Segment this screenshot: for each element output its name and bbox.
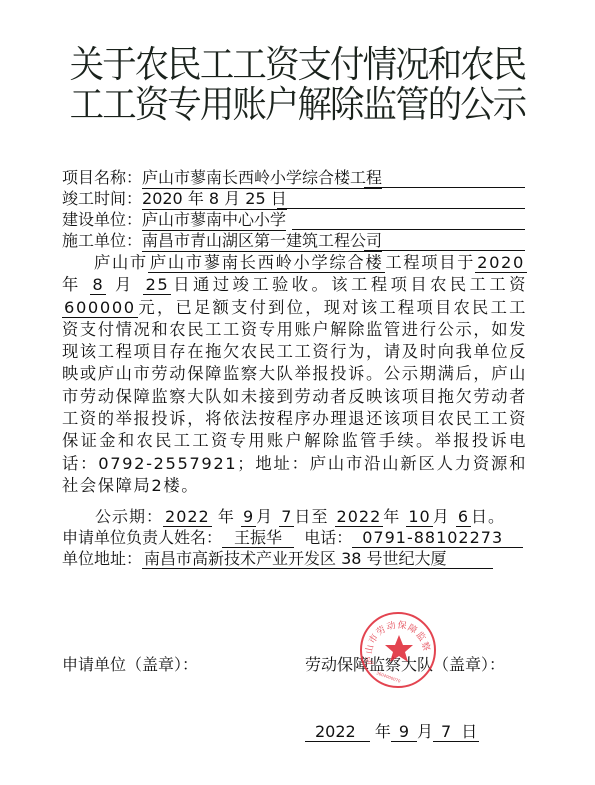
applicant-address: 单位地址：南昌市高新技术产业开发区 38 号世纪大厦 (62, 549, 493, 569)
underline-rule (277, 208, 525, 209)
body-text: 年 (62, 275, 82, 294)
publicity-period: 公示期：2022 年 9月 7日至 2022年 10月 6日。 (95, 507, 505, 527)
body-text: 年 (218, 507, 235, 526)
date-month: 9 (391, 722, 417, 742)
body-text: 庐山市 (94, 253, 148, 272)
person-label: 申请单位负责人姓名： (62, 528, 222, 547)
phone-label: 电话： (304, 528, 352, 547)
period-start-year: 2022 (163, 507, 212, 527)
body-text: 至 (311, 507, 328, 526)
body-text: 工程项目于 (385, 253, 475, 272)
field-value: 南昌市青山湖区第一建筑工程公司 (142, 231, 382, 252)
svg-text:3604000070: 3604000070 (376, 670, 402, 684)
body-text: 月 (433, 507, 450, 526)
field-label: 竣工时间： (62, 189, 142, 209)
body-text: 日 (459, 722, 479, 742)
signature-date: 2022 年9月7日 (305, 722, 479, 742)
body-text: 月 (256, 507, 273, 526)
underline-rule (292, 229, 525, 230)
address-value: 南昌市高新技术产业开发区 38 号世纪大厦 (142, 549, 493, 569)
period-start-month: 9 (241, 507, 256, 527)
completion-month: 8 (90, 275, 106, 295)
project-name-underlined: 庐山市蓼南长西岭小学综合楼 (148, 253, 385, 273)
applicant-seal-label: 申请单位（盖章）： (62, 655, 198, 675)
field-owner-unit: 建设单位：庐山市蓼南中心小学 (62, 210, 286, 231)
body-text: 日 (294, 507, 311, 526)
body-text: 日。 (471, 507, 505, 526)
period-end-year: 2022 (335, 507, 384, 527)
completion-day: 25 (143, 275, 171, 295)
official-seal-stamp: 庐山市劳动保障监察 3604000070 (360, 612, 436, 688)
person-name: 王振华 (222, 528, 294, 548)
field-value: 庐山市蓼南长西岭小学综合楼工程 (142, 168, 382, 189)
notice-body: 庐山市庐山市蓼南长西岭小学综合楼工程项目于2020 年 8 月 25日通过竣工验… (62, 252, 527, 497)
body-text: 年 (383, 507, 400, 526)
period-end-day: 6 (456, 507, 471, 527)
underline-rule (364, 250, 525, 251)
underline-rule (364, 187, 525, 188)
address-label: 单位地址： (62, 549, 142, 568)
period-label: 公示期： (95, 507, 163, 526)
seal-star-icon (384, 634, 414, 664)
body-text: 年 (375, 722, 391, 741)
field-project-name: 项目名称：庐山市蓼南长西岭小学综合楼工程 (62, 168, 382, 189)
period-start-day: 7 (279, 507, 294, 527)
body-text: 元，已足额支付到位，现对该工程项目农民工工资支付情况和农民工工资专用账户解除监管… (62, 298, 527, 495)
date-day: 7 (433, 722, 459, 742)
body-text: 月 (417, 722, 433, 741)
field-value: 2020 年 8 月 25 日 (142, 189, 287, 210)
field-label: 施工单位： (62, 231, 142, 251)
completion-year: 2020 (475, 253, 527, 273)
document-title-line1: 关于农民工工资支付情况和农民 (21, 44, 574, 86)
field-contractor: 施工单位：南昌市青山湖区第一建筑工程公司 (62, 231, 382, 252)
phone-number: 0791-88102273 (352, 528, 523, 548)
field-label: 建设单位： (62, 210, 142, 230)
applicant-contact: 申请单位负责人姓名：王振华 电话：0791-88102273 (62, 528, 523, 548)
field-completion-date: 竣工时间：2020 年 8 月 25 日 (62, 189, 287, 210)
body-text: 日通过竣工验收。该工程项目农民工工资 (171, 275, 527, 294)
period-end-month: 10 (406, 507, 432, 527)
date-year: 2022 (305, 722, 370, 742)
field-value: 庐山市蓼南中心小学 (142, 210, 286, 231)
document-title-line2: 工工资专用账户解除监管的公示 (21, 84, 574, 126)
body-text: 月 (115, 275, 135, 294)
wage-amount: 600000 (62, 298, 138, 318)
field-label: 项目名称： (62, 168, 142, 188)
